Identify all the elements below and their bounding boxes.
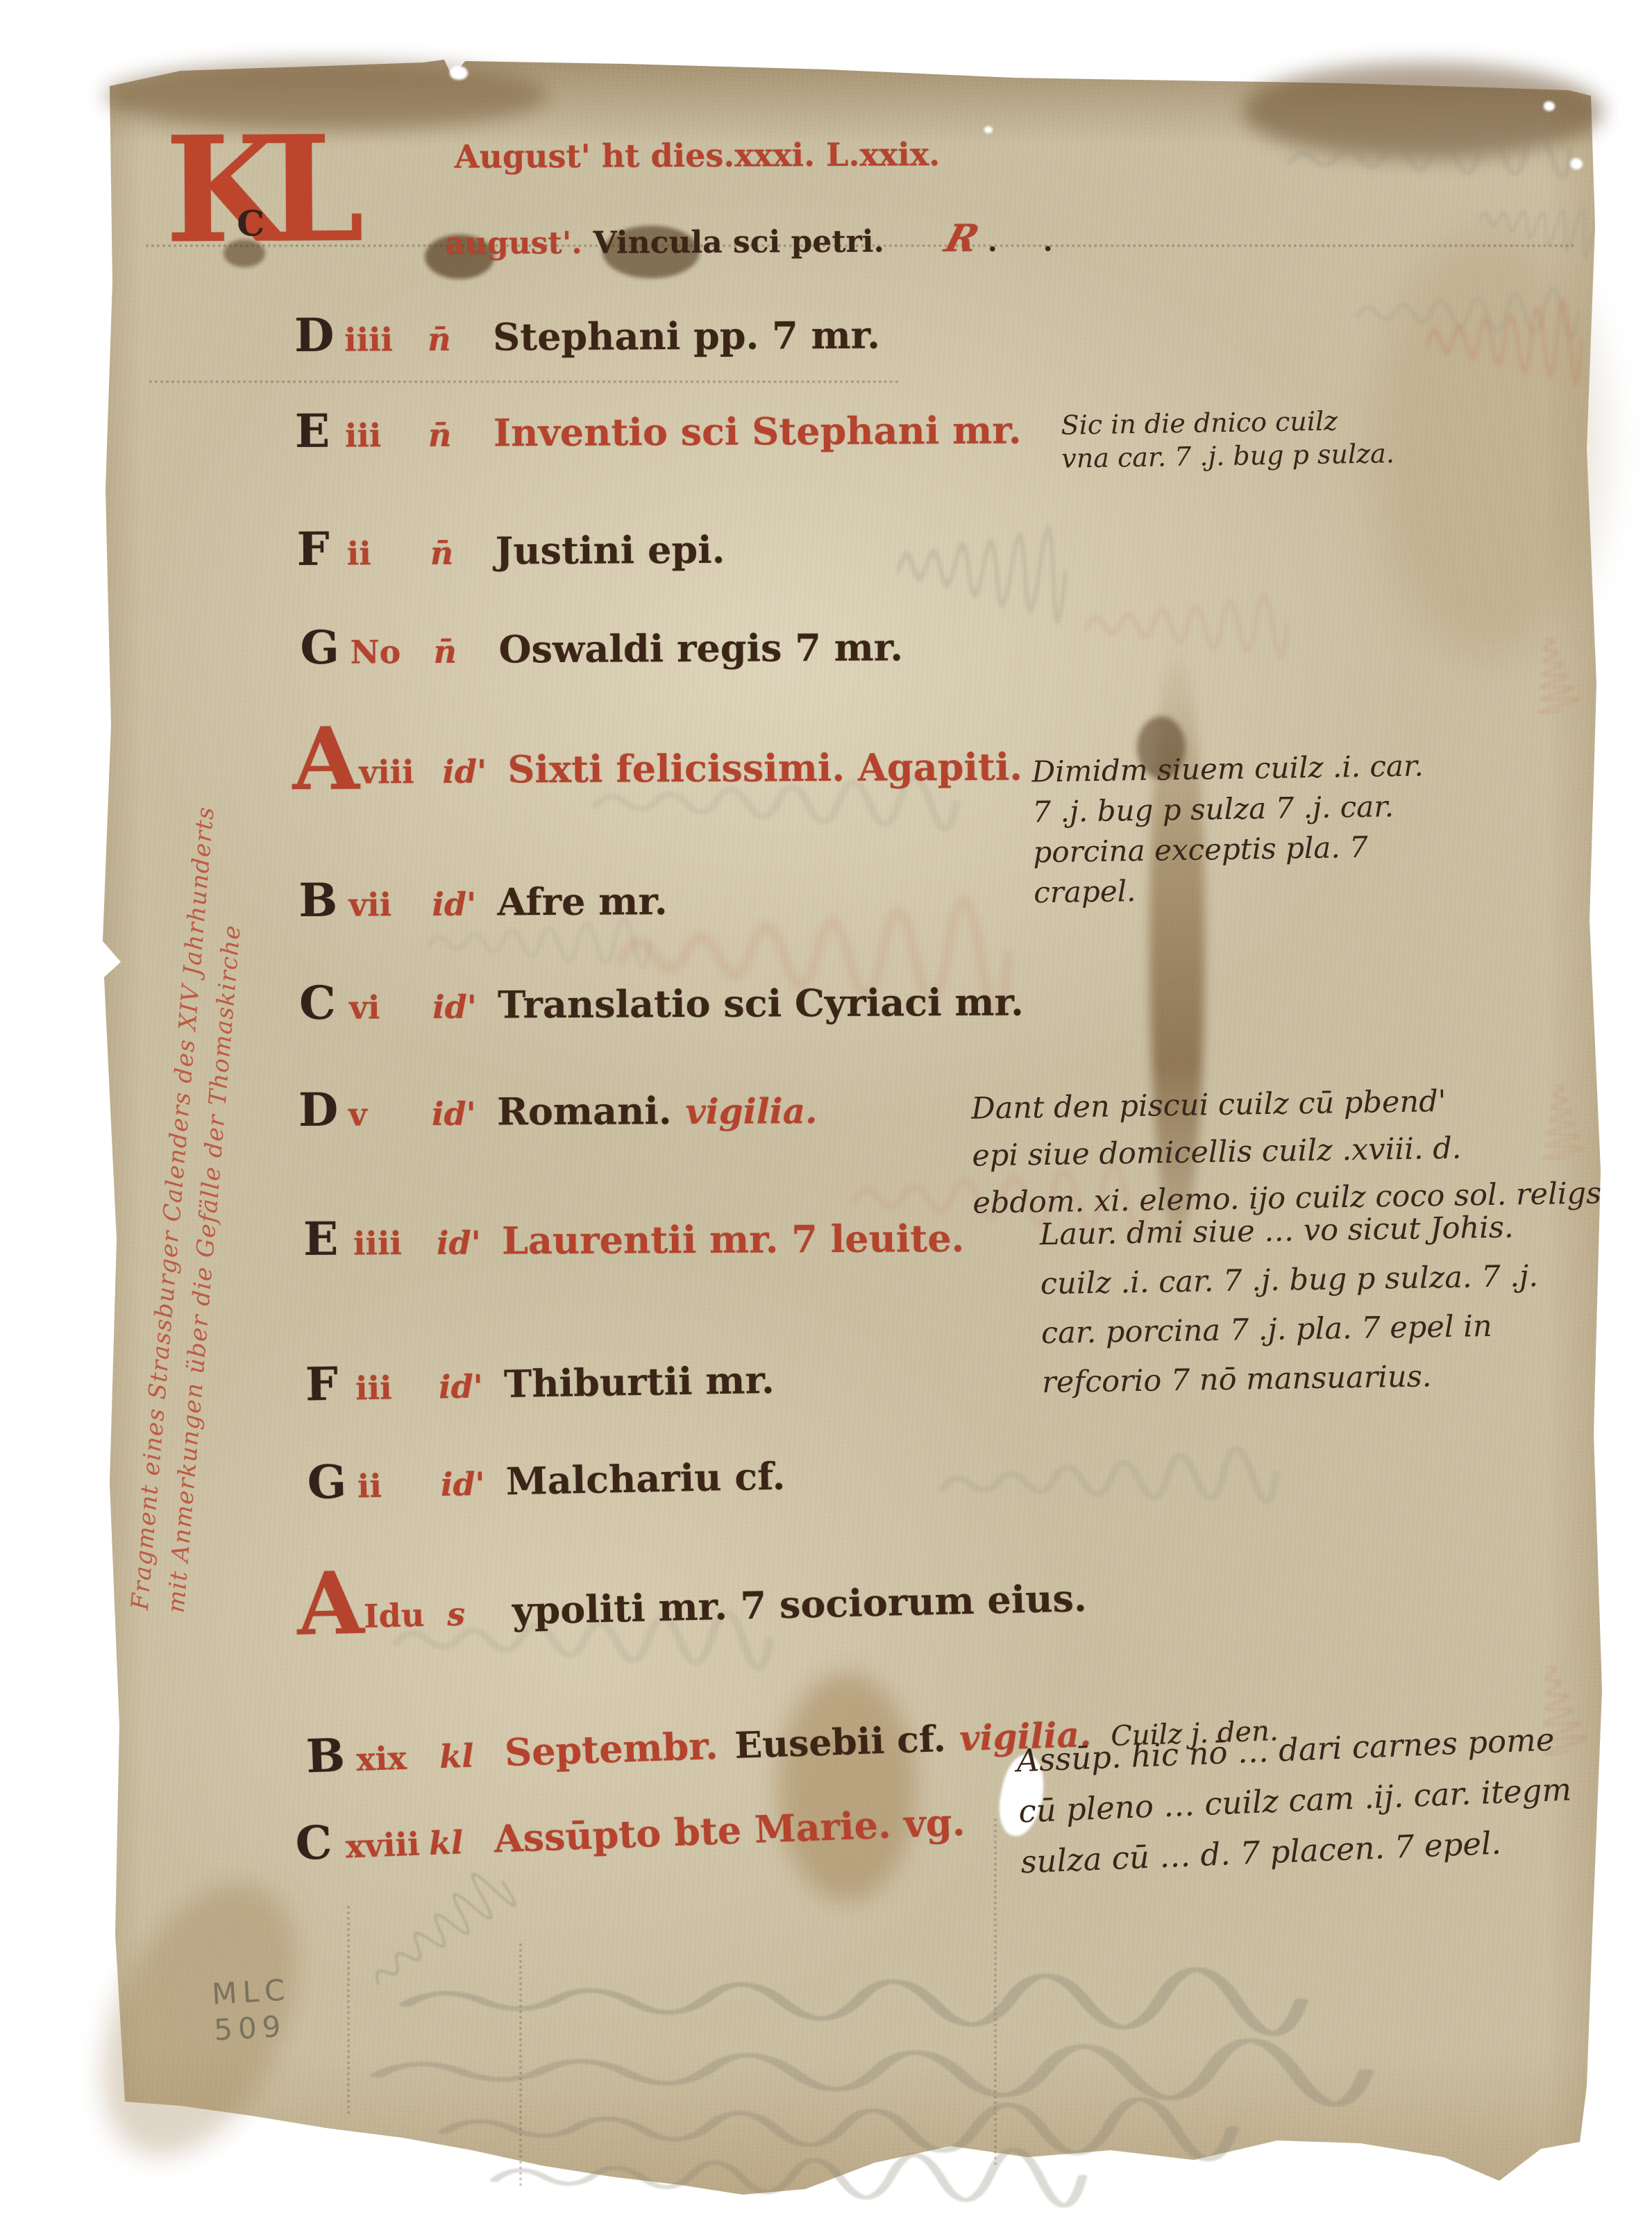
- paraph-mark: R: [941, 216, 984, 260]
- kalend-marker: id': [437, 1224, 502, 1261]
- month-word: august'.: [445, 226, 582, 262]
- feast-title: Translatio sci Cyriaci mr.: [498, 980, 1024, 1027]
- calendar-row: D iiii n̄ Stephani pp. 7 mr.: [294, 305, 880, 362]
- calendar-row: A viii id' Sixti felicissimi. Agapiti.: [292, 727, 1022, 793]
- day-count: Idu: [364, 1596, 448, 1635]
- day-count: ii: [357, 1466, 441, 1505]
- day-count: iiii: [353, 1224, 437, 1262]
- kalend-marker: n̄: [428, 320, 493, 357]
- kalend-marker: kl: [439, 1736, 505, 1775]
- feast-title: ypoliti mr. 7 sociorum eius.: [512, 1576, 1087, 1633]
- day-count: viii: [359, 753, 442, 791]
- feast-heading: august'.Vincula sci petri.R. .: [445, 215, 1070, 263]
- kalend-marker: id': [442, 752, 507, 790]
- calendar-row: D v id' Romani. vigilia.: [298, 1080, 818, 1137]
- marginal-annotation: Fragment eines Strassburger Calenders de…: [122, 432, 291, 1614]
- calendar-row: G ii id' Malchariu cf.: [307, 1446, 786, 1510]
- calendar-row: G No n̄ Oswaldi regis 7 mr.: [300, 617, 903, 675]
- kalend-marker: id': [432, 988, 498, 1025]
- feast-title: Laurentii mr. 7 leuite.: [502, 1216, 965, 1262]
- day-count: ii: [347, 534, 430, 573]
- gloss-note: Assūp. hic nō … dari carnes pome cū plen…: [1015, 1714, 1574, 1888]
- dominical-letter: D: [294, 308, 344, 362]
- gloss-note: Sic in die dnico cuilz vna car. 7 .j. bu…: [1061, 403, 1394, 475]
- day-count: iiii: [344, 321, 428, 359]
- kalend-marker: id': [439, 1367, 505, 1405]
- calendar-row: B vii id' Afre mr.: [298, 871, 668, 927]
- day-count: iii: [355, 1368, 439, 1407]
- month-heading: August' ht dies.xxxi. L.xxix.: [455, 135, 941, 176]
- kalend-marker: n̄: [433, 632, 498, 670]
- dominical-letter: C: [294, 1815, 346, 1871]
- dominical-letter: E: [303, 1212, 353, 1266]
- dominical-letter: F: [297, 522, 347, 576]
- day-count: iii: [345, 416, 428, 455]
- gloss-note: Laur. dmi siue … vo sicut Johis. cuilz .…: [1039, 1203, 1540, 1408]
- dominical-letter: G: [300, 620, 350, 675]
- pause-dots: . .: [988, 225, 1071, 258]
- calendar-row: C vi id' Translatio sci Cyriaci mr.: [299, 972, 1024, 1030]
- day-count: v: [348, 1095, 432, 1133]
- calendar-row: E iii n̄ Inventio sci Stephani mr.: [295, 400, 1022, 458]
- day-count: vii: [348, 886, 432, 924]
- feast-title: Stephani pp. 7 mr.: [493, 313, 880, 360]
- day-count: No: [350, 633, 433, 671]
- dominical-letter: A: [296, 1580, 364, 1630]
- kalend-marker: id': [432, 1095, 497, 1132]
- kalend-marker: s: [447, 1594, 513, 1633]
- gloss-note: Dimidm siuem cuilz .i. car. 7 .j. bug p …: [1031, 746, 1426, 913]
- day-count: vi: [349, 988, 432, 1027]
- calendar-row: E iiii id' Laurentii mr. 7 leuite.: [303, 1208, 965, 1266]
- shelfmark: MLC 509: [211, 1972, 294, 2048]
- dominical-letter-aug1: C: [237, 203, 264, 244]
- manuscript-text-layer: KL C August' ht dies.xxxi. L.xxix. augus…: [0, 0, 1652, 2221]
- calendar-row: A Idu s ypoliti mr. 7 sociorum eius.: [296, 1557, 1088, 1638]
- dominical-letter: G: [307, 1454, 357, 1509]
- day-count: xviii: [345, 1825, 430, 1865]
- feast-title: Malchariu cf.: [505, 1454, 786, 1504]
- calendar-row: C xviii kl Assūpto bte Marie. vg.: [294, 1792, 966, 1870]
- kalend-marker: kl: [428, 1823, 495, 1862]
- dominical-letter: E: [295, 404, 345, 458]
- dominical-letter: B: [305, 1728, 357, 1783]
- feast-title: Septembr.: [504, 1723, 719, 1775]
- feast-title: Sixti felicissimi. Agapiti.: [507, 745, 1022, 792]
- manuscript-photo: { "document": { "type": "medieval calend…: [0, 0, 1652, 2221]
- shelfmark-line1: MLC: [211, 1972, 292, 2012]
- feast-title-secondary: Eusebii cf.: [734, 1718, 947, 1767]
- feast-title: Afre mr.: [497, 879, 668, 924]
- dominical-letter: B: [298, 873, 348, 927]
- calendar-row: F iii id' Thiburtii mr.: [305, 1350, 775, 1412]
- day-count: xix: [355, 1738, 440, 1778]
- feast-title: Assūpto bte Marie. vg.: [494, 1800, 966, 1861]
- feast-title: Justini epi.: [496, 527, 725, 573]
- dominical-letter: A: [292, 736, 359, 785]
- calendar-row: F ii n̄ Justini epi.: [297, 520, 725, 576]
- feast-title: Romani.: [497, 1088, 672, 1133]
- kalend-marker: n̄: [430, 534, 496, 571]
- dominical-letter: C: [299, 976, 349, 1030]
- feast-title: Inventio sci Stephani mr.: [494, 408, 1022, 455]
- kalend-marker: id': [432, 885, 497, 922]
- kalend-marker: id': [440, 1464, 506, 1503]
- dominical-letter: D: [298, 1083, 348, 1137]
- dominical-letter: F: [305, 1356, 355, 1411]
- vigil-label: vigilia.: [685, 1090, 817, 1132]
- feast-of-day: Vincula sci petri.: [593, 224, 884, 261]
- kalend-marker: n̄: [428, 416, 494, 453]
- feast-title: Thiburtii mr.: [504, 1358, 775, 1406]
- shelfmark-line2: 509: [213, 2008, 294, 2048]
- feast-title: Oswaldi regis 7 mr.: [498, 625, 903, 671]
